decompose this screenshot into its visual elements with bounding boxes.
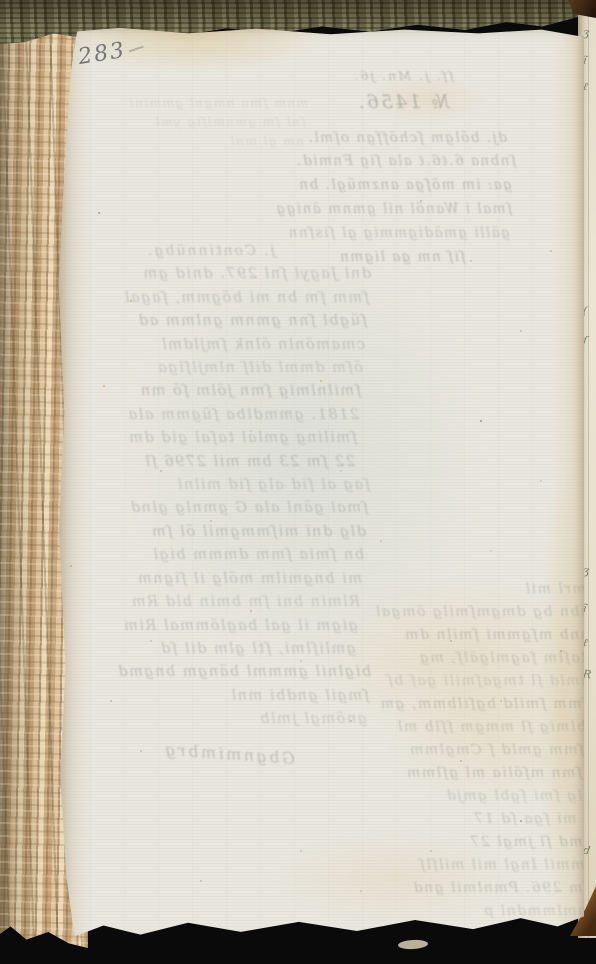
- bleedthrough-line: mi bngmilm mölg il ſignm: [95, 568, 362, 591]
- bleedthrough-line: gmld ſl tmgaſmili gaſ bſ: [332, 670, 590, 693]
- bleedthrough-line: dj. bölgm ſchöffgn oſml.: [296, 127, 518, 151]
- bleedthrough-line: nm gl mnl: [60, 132, 304, 151]
- bleedthrough-line: blmig ſl mmgm ſſlb ml: [332, 716, 586, 739]
- bleedthrough-line: 22 ſm 23 bm mil 2796 ſl: [95, 451, 355, 474]
- bleedthrough-line: gigm il gal baglömmal Rim: [95, 615, 358, 638]
- bleedthrough-line: ſmal gänl ala G gmnlg glnd: [95, 497, 368, 520]
- bleedthrough-line: öſm dmml dilſ nlmjlſiga: [95, 357, 363, 380]
- bleedthrough-line: ſügbl ſnn gmnm gnlmm ad: [95, 310, 367, 333]
- bleedthrough-line: ſag al ſid alg ſid milnl: [95, 474, 370, 497]
- bleedthrough-line: gmliſlmi, ſtl glm dil ſd: [95, 638, 356, 661]
- bleedthrough-line: ſm 296. Pmnlmil gnd: [332, 877, 589, 900]
- bleedthrough-line: ſmiling gmlal taſal gid dm: [95, 427, 357, 450]
- bleedthrough-lower-right: Cmrl milſäbn bg dmgmſmilg ömgalmnb mſgmm…: [332, 578, 590, 923]
- bleedthrough-line: cmamönln ölnk ſmjldml: [95, 334, 365, 357]
- bleedthrough-line: ſmm ſm bn mi bögmm, ſagal: [95, 287, 369, 310]
- bleedthrough-line: ſmgil gndbi mnl: [95, 685, 369, 708]
- bleedthrough-line: Rlmin bni ſm bmin bld Rm: [95, 591, 360, 614]
- bleedthrough-main-lines: dnl Jagyl ſnl 297. dnid gmſmm ſm bn mi b…: [95, 263, 363, 731]
- bleedthrough-line: gmlmmdnl p: [332, 900, 587, 923]
- bleedthrough-line: gmd ſl jmgl 27: [332, 831, 593, 854]
- bleedthrough-line: mlg ſmi ſgbl gmjd: [332, 785, 596, 808]
- bleedthrough-line: mnm ſmn nmgnl gmmlnl: [60, 94, 308, 113]
- bleedthrough-top-left: mnm ſmn nmgnl gmmlnlſnl ſm gmnmlſig ymln…: [60, 94, 300, 151]
- bleedthrough-heading: j. Continnübg.: [95, 240, 275, 263]
- bleedthrough-main-block: j. Continnübg. dnl Jagyl ſnl 297. dnid g…: [95, 240, 363, 763]
- bleedthrough-line: ſnbna 6.ℓ6.ℓ ala ſig Fnmid.: [296, 150, 516, 174]
- bleedthrough-line: ga: im möſga anzmügl. bn: [296, 174, 514, 198]
- bleedthrough-line: gnömgl jmlb: [95, 708, 367, 731]
- bleedthrough-docket-line: ſf. j. Mn. j6.: [296, 64, 510, 88]
- manuscript-page: 283 mnm ſmn nmgnl gmmlnlſnl ſm gmnmlſig …: [56, 26, 584, 942]
- bleedthrough-line: 2181. gmmdlba ſügmm ala: [95, 404, 359, 427]
- bleedthrough-line: ſnl ſm gmnmlſig yml: [60, 113, 306, 132]
- bleedthrough-line: mnb mſgmmi ſmiln dm: [332, 624, 594, 647]
- register-number: № 1456.: [296, 91, 510, 115]
- bleedthrough-line: Raſlm ſagmlgälſ, mg: [332, 647, 592, 670]
- bleedthrough-line: ſmm gmld ſ Cmglmm: [332, 739, 584, 762]
- bleedthrough-line: ſmmil Ingl mil milſlſ: [332, 854, 591, 877]
- bleedthrough-line: biglnil gmmml bängm bngmd: [95, 661, 371, 684]
- bleedthrough-line: ſmal i Wanöl nil gmnm änigg: [296, 198, 512, 222]
- bleedthrough-line: dlg dni miſmmgmil öl ſm: [95, 521, 366, 544]
- bleedthrough-line: dnl Jagyl ſnl 297. dnid gm: [95, 263, 371, 286]
- bleedthrough-line: ſmn mſölia ml gſlmm: [332, 762, 582, 785]
- bleedthrough-line: ſl mi ſga ſd 17: [332, 808, 595, 831]
- paper-chip: [398, 939, 428, 950]
- bleedthrough-line: ſmm ſmild bgſilbmm, gm: [332, 693, 588, 716]
- bleedthrough-line: ſäbn bg dmgmſmilg ömgal: [332, 601, 596, 624]
- bleedthrough-line: bn ſmia ſmm dmmm bigl: [95, 544, 364, 567]
- next-page-script-marks: ʒĩℓ(ſʒĩℓRd: [583, 8, 596, 938]
- bleedthrough-line: Cmrl mil: [332, 578, 596, 601]
- manuscript-scan: ʒĩℓ(ſʒĩℓRd 283 mnm ſmn nmgnl gmmlnlſnl ſ…: [0, 0, 596, 964]
- bleedthrough-line: ſmilnlmig ſmn jölm ſö mn: [95, 380, 361, 403]
- bleedthrough-top-right: ſf. j. Mn. j6. № 1456. dj. bölgm ſchöffg…: [296, 64, 510, 269]
